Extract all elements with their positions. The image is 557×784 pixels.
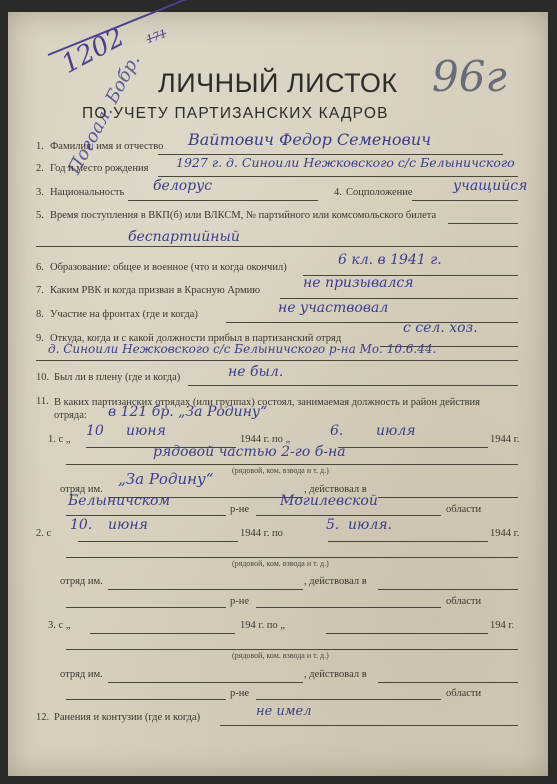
period-3-from-line xyxy=(90,633,235,634)
field-6-value[interactable]: 6 кл. в 1941 г. xyxy=(338,252,442,268)
field-7-number: 7. xyxy=(36,285,44,296)
field-12-label: Ранения и контузии (где и когда) xyxy=(54,712,200,723)
period-2-region-label: области xyxy=(446,596,481,607)
field-7-line xyxy=(280,298,518,299)
archive-small-number: 171 xyxy=(144,27,168,46)
period-3-detachment-label: отряд им. xyxy=(60,669,103,680)
field-10-number: 10. xyxy=(36,372,49,383)
period-3-region-line xyxy=(256,699,441,700)
period-3-to-line xyxy=(326,633,488,634)
field-2-line xyxy=(158,176,518,177)
period-2-to-month[interactable]: июля. xyxy=(348,517,392,533)
field-5-line-a xyxy=(448,223,518,224)
period-3-region-label: области xyxy=(446,688,481,699)
period-3-from-prefix: с „ xyxy=(59,620,71,631)
field-5-number: 5. xyxy=(36,210,44,221)
field-4-line xyxy=(412,200,518,201)
field-9-number: 9. xyxy=(36,333,44,344)
period-1-number: 1. с „ xyxy=(48,434,70,445)
field-11-number: 11. xyxy=(36,396,49,407)
period-1-district-line xyxy=(66,515,226,516)
period-3-number: 3. с „ xyxy=(48,620,70,631)
period-1-region[interactable]: Могилевской xyxy=(280,493,378,509)
period-2-region-line xyxy=(256,607,441,608)
field-4-number: 4. xyxy=(334,187,342,198)
period-1-district[interactable]: Белыничском xyxy=(68,493,170,509)
period-3-district-line xyxy=(66,699,226,700)
field-9-value-line2[interactable]: д. Синоили Нежковского с/с Белыничского … xyxy=(48,342,436,356)
period-1-num: 1. xyxy=(48,434,56,445)
period-2-to-line xyxy=(328,541,488,542)
field-5-value[interactable]: беспартийный xyxy=(128,229,240,245)
period-1-to-line xyxy=(338,447,488,448)
field-8-number: 8. xyxy=(36,309,44,320)
field-2-label: Год и место рождения xyxy=(50,163,148,174)
period-1-from-month[interactable]: июня xyxy=(126,423,166,439)
field-10-line xyxy=(188,385,518,386)
field-9-line-b xyxy=(36,360,518,361)
period-3-district-label: р-не xyxy=(230,688,249,699)
field-7-label: Каким РВК и когда призван в Красную Арми… xyxy=(50,285,260,296)
period-1-position-line xyxy=(66,464,518,465)
field-1-number: 1. xyxy=(36,141,44,152)
field-4-value[interactable]: учащийся xyxy=(453,178,527,194)
period-3-num: 3. xyxy=(48,620,56,631)
field-1-label: Фамилия, имя и отчество xyxy=(50,141,163,152)
period-3-end-label: 194 г. xyxy=(490,620,514,631)
period-1-region-line xyxy=(256,515,441,516)
field-3-label: Национальность xyxy=(50,187,124,198)
period-2-district-line xyxy=(66,607,226,608)
period-2-position-line xyxy=(66,557,518,558)
field-7-value[interactable]: не призывался xyxy=(303,275,414,291)
period-1-region-label: области xyxy=(446,504,481,515)
field-3-line xyxy=(128,200,318,201)
period-3-position-hint: (рядовой, ком. взвода и т. д.) xyxy=(232,651,329,660)
document-page: 1202 171 Погоал. Бобр. 96г ЛИЧНЫЙ ЛИСТОК… xyxy=(8,12,548,776)
field-11-value[interactable]: в 121 бр. „За Родину“ xyxy=(108,404,267,420)
period-2-from-day[interactable]: 10. xyxy=(70,517,92,533)
period-1-from-day[interactable]: 10 xyxy=(86,423,104,439)
field-2-number: 2. xyxy=(36,163,44,174)
period-1-position[interactable]: рядовой частью 2-го б-на xyxy=(153,444,346,460)
period-2-district-label: р-не xyxy=(230,596,249,607)
period-2-from-prefix: с xyxy=(47,528,52,539)
period-2-detachment-line xyxy=(108,589,303,590)
period-3-position-line xyxy=(66,649,518,650)
period-3-acted-label: , действовал в xyxy=(304,669,367,680)
field-6-number: 6. xyxy=(36,262,44,273)
sheet-number-pencil: 96г xyxy=(432,52,507,101)
document-title: ЛИЧНЫЙ ЛИСТОК xyxy=(158,68,398,99)
period-2-to-day[interactable]: 5. xyxy=(326,517,339,533)
field-12-value[interactable]: не имел xyxy=(256,704,312,719)
period-2-num: 2. xyxy=(36,528,44,539)
field-4-label: Соцположение xyxy=(346,187,413,198)
field-12-number: 12. xyxy=(36,712,49,723)
period-2-end-label: 1944 г. xyxy=(490,528,519,539)
period-1-position-hint: (рядовой, ком. взвода и т. д.) xyxy=(232,466,329,475)
period-1-end-label: 1944 г. xyxy=(490,434,519,445)
field-8-label: Участие на фронтах (где и когда) xyxy=(50,309,198,320)
field-6-label: Образование: общее и военное (что и когд… xyxy=(50,262,287,273)
period-2-acted-line xyxy=(378,589,518,590)
period-3-acted-line xyxy=(378,682,518,683)
field-10-label: Был ли в плену (где и когда) xyxy=(54,372,180,383)
field-5-label: Время поступления в ВКП(б) или ВЛКСМ, № … xyxy=(50,210,436,221)
period-2-acted-label: , действовал в xyxy=(304,576,367,587)
field-8-value[interactable]: не участвовал xyxy=(278,300,388,316)
period-3-mid-label: 194 г. по „ xyxy=(240,620,285,631)
field-2-value[interactable]: 1927 г. д. Синоили Нежковского с/с Белын… xyxy=(176,155,515,170)
field-3-number: 3. xyxy=(36,187,44,198)
period-1-detachment[interactable]: „За Родину“ xyxy=(118,470,213,488)
period-2-detachment-label: отряд им. xyxy=(60,576,103,587)
document-subtitle: ПО УЧЕТУ ПАРТИЗАНСКИХ КАДРОВ xyxy=(82,105,389,123)
period-2-from-month[interactable]: июня xyxy=(108,517,148,533)
period-1-district-label: р-не xyxy=(230,504,249,515)
field-1-value[interactable]: Вайтович Федор Семенович xyxy=(188,130,431,149)
field-5-line-b xyxy=(36,246,518,247)
field-3-value[interactable]: белорус xyxy=(153,178,212,194)
period-1-from-prefix: с „ xyxy=(59,434,71,445)
period-2-from-line xyxy=(78,541,238,542)
field-9-value-line1[interactable]: с сел. хоз. xyxy=(403,320,478,336)
period-2-mid-label: 1944 г. по xyxy=(240,528,283,539)
period-3-detachment-line xyxy=(108,682,303,683)
field-12-line xyxy=(220,725,518,726)
field-10-value[interactable]: не был. xyxy=(228,364,283,380)
period-1-acted-line xyxy=(378,497,518,498)
period-1-to-day[interactable]: 6. xyxy=(330,423,343,439)
period-1-to-month[interactable]: июля xyxy=(376,423,416,439)
period-2-position-hint: (рядовой, ком. взвода и т. д.) xyxy=(232,559,329,568)
period-2-number: 2. с xyxy=(36,528,51,539)
